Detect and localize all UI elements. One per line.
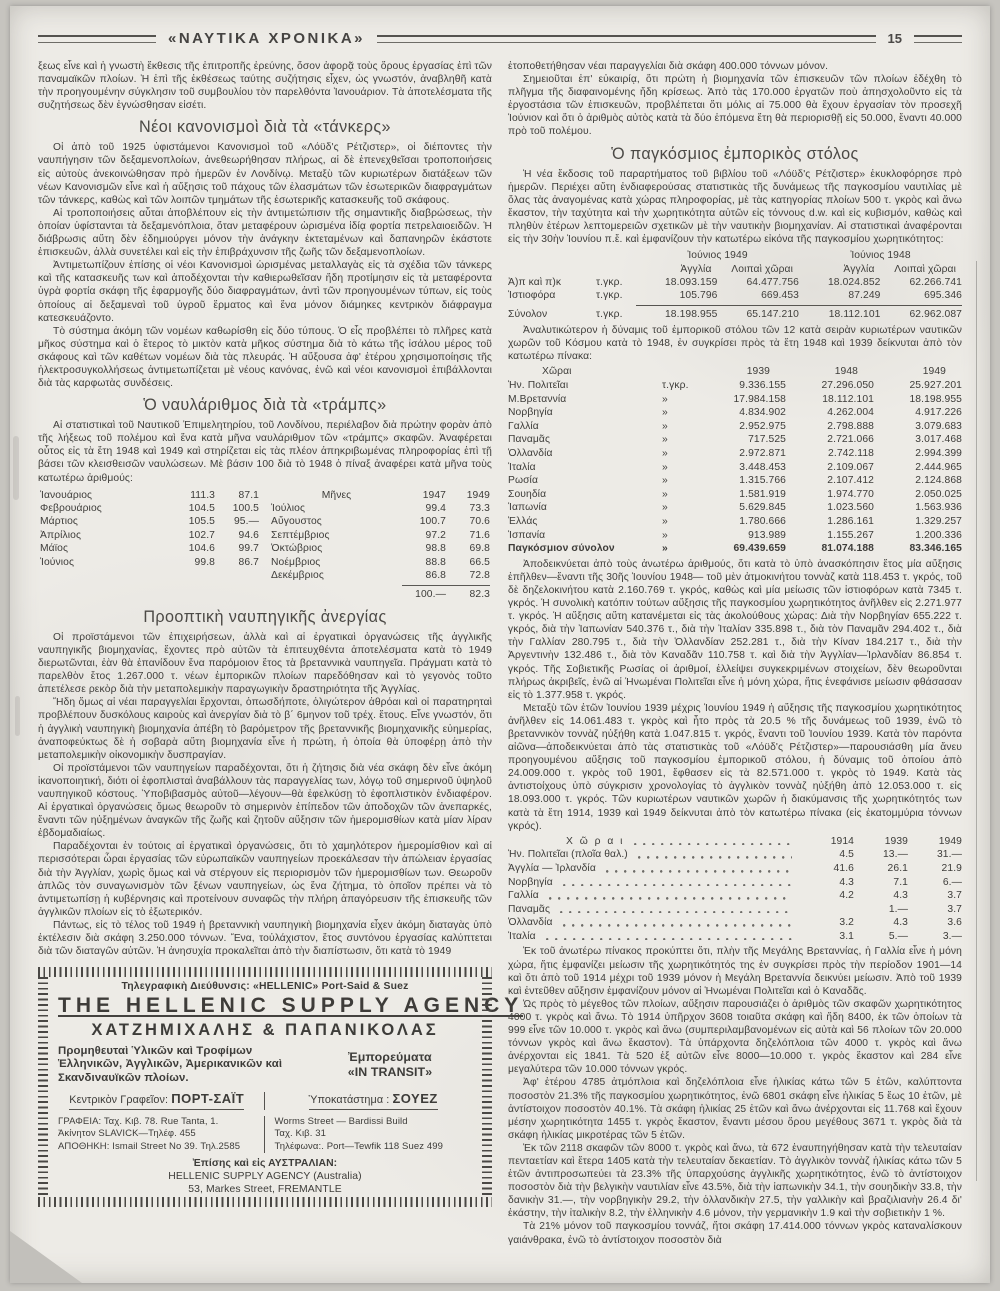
section-heading-tramps: Ὁ ναυλάριθμος διὰ τὰ «τράμπς»	[38, 396, 492, 415]
freight-table-row: Αὔγουστος100.770.6	[271, 515, 490, 528]
paragraph: ξεως εἶνε καὶ ἡ γνωστὴ ἔκθεσις τῆς ἐπιτρ…	[38, 60, 492, 112]
paragraph: Ἡ νέα ἔκδοσις τοῦ παραρτήματος τοῦ βιβλί…	[508, 168, 962, 247]
ad-description: Προμηθευταὶ Ὑλικῶν καὶ Τροφίμων Ἑλληνικῶ…	[58, 1045, 296, 1086]
paragraph: Ἀναλυτικώτερον ἡ δύναμις τοῦ ἐμπορικοῦ σ…	[508, 324, 962, 363]
freight-table-row: Ἀπρίλιος102.794.6	[40, 529, 259, 542]
ad-australia-branch: Ἐπίσης καὶ εἰς ΑΥΣΤΡΑΛΙΑΝ: HELLENIC SUPP…	[58, 1157, 472, 1196]
million-table-row: Γαλλία4.24.33.7	[508, 889, 962, 903]
paragraph: Μεταξὺ τῶν ἐτῶν Ἰουνίου 1939 μέχρις Ἰουν…	[508, 702, 962, 833]
freight-table-left-half: Ἰανουάριος111.387.1Φεβρουάριος104.5100.5…	[40, 489, 259, 602]
country-table-row: Παναμᾶς»717.5252.721.0663.017.468	[508, 433, 962, 447]
masthead-rule-center	[377, 35, 876, 43]
paragraph: Σημειοῦται ἐπ' εὐκαιρίᾳ, ὅτι πρώτη ἡ βιο…	[508, 73, 962, 138]
freight-table-row: Ἰούλιος99.473.3	[271, 502, 490, 515]
tonnage-group-header: Ἰούνιος 1949 Ἰούνιος 1948	[508, 249, 962, 262]
country-table-row: Γαλλία»2.952.9752.798.8883.079.683	[508, 420, 962, 434]
freight-table-row: Μάϊος104.699.7	[40, 542, 259, 555]
scan-artifact-line	[976, 261, 977, 1181]
paragraph: Αἱ στατιστικαὶ τοῦ Ναυτικοῦ Ἐπιμελητηρίο…	[38, 419, 492, 484]
country-table-row: Νορβηγία»4.834.9024.262.0044.917.226	[508, 406, 962, 420]
right-column: ἐτοποθετήθησαν νέαι παραγγελίαι διὰ σκάφ…	[508, 60, 962, 1247]
country-table-row: Ἡν. Πολιτεῖαιτ.γκρ.9.336.15527.296.05025…	[508, 379, 962, 393]
country-table-row: Μ.Βρεταννία»17.984.15818.112.10118.198.9…	[508, 393, 962, 407]
masthead: «ΝΑΥΤΙΚΑ ΧΡΟΝΙΚΑ» 15	[38, 30, 962, 47]
tonnage-rows: Ἀ)π καὶ π)κτ.γκρ.18.093.15964.477.75618.…	[508, 276, 962, 303]
world-tonnage-table: Ἰούνιος 1949 Ἰούνιος 1948 Ἀγγλία Λοιπαὶ …	[508, 249, 962, 321]
ad-border-right	[482, 977, 492, 1197]
million-table-row: Ἀγγλία — Ἰρλανδία41.626.121.9	[508, 862, 962, 876]
masthead-rule-right	[914, 35, 962, 43]
paragraph: Οἱ ἀπὸ τοῦ 1925 ὑφιστάμενοι Κανονισμοὶ τ…	[38, 141, 492, 206]
left-column: ξεως εἶνε καὶ ἡ γνωστὴ ἔκθεσις τῆς ἐπιτρ…	[38, 60, 492, 1247]
paragraph: Παραδέχονται ἐν τούτοις αἱ ἐργατικαὶ ὀργ…	[38, 840, 492, 919]
country-table-total-row: Παγκόσμιον σύνολον » 69.439.659 81.074.1…	[508, 542, 962, 556]
freight-table-right-rows: Ἰούλιος99.473.3Αὔγουστος100.770.6Σεπτέμβ…	[271, 502, 490, 582]
million-table-row: Παναμᾶς1.—3.7	[508, 903, 962, 917]
group-june-1949: Ἰούνιος 1949	[636, 249, 799, 262]
tonnage-total-row: Σύνολον τ.γκρ. 18.198.955 65.147.210 18.…	[508, 308, 962, 321]
scanned-magazine-page: { "page": { "masthead": "«ΝΑΥΤΙΚΑ ΧΡΟΝΙΚ…	[0, 0, 1000, 1291]
tonnage-table-row: Ἱστιοφόρατ.γκρ.105.796669.45387.249695.3…	[508, 289, 962, 302]
page-number: 15	[888, 31, 902, 46]
tonnage-sub-header: Ἀγγλία Λοιπαὶ χῶραι Ἀγγλία Λοιπαὶ χῶραι	[508, 263, 962, 276]
freight-table-row: Μάρτιος105.595.—	[40, 515, 259, 528]
ad-suez-details: Worms Street — Bardissi Build Ταχ. Κιβ. …	[265, 1116, 473, 1153]
ad-owners-names: ΧΑΤΖΗΜΙΧΑΛΗΣ & ΠΑΠΑΝΙΚΟΛΑΣ	[58, 1024, 472, 1037]
freight-table-row: Νοέμβριος88.866.5	[271, 556, 490, 569]
million-rows: Ἡν. Πολιτεῖαι (πλοῖα θαλ.)4.513.—31.—Ἀγγ…	[508, 848, 962, 943]
freight-table-row: Σεπτέμβριος97.271.6	[271, 529, 490, 542]
ad-branch-office: Ὑποκατάστημα : ΣΟΥΕΖ	[265, 1092, 473, 1110]
million-table-row: Νορβηγία4.37.16.—	[508, 876, 962, 890]
paragraph: Ἐκ τοῦ ἀνωτέρω πίνακος προκύπτει ὅτι, πλ…	[508, 945, 962, 997]
paragraph: Οἱ προϊστάμενοι τῶν ἐπιχειρήσεων, ἀλλὰ κ…	[38, 631, 492, 696]
freight-table-row: Φεβρουάριος104.5100.5	[40, 502, 259, 515]
country-table-row: Ἱσπανία»913.9891.155.2671.200.336	[508, 529, 962, 543]
paragraph: Ἐκ τῶν 2118 σκαφῶν τῶν 8000 τ. γκρὸς καὶ…	[508, 1142, 962, 1221]
freight-table-row: Δεκέμβριος86.872.8	[271, 569, 490, 582]
country-table-row: Ρωσία»1.315.7662.107.4122.124.868	[508, 474, 962, 488]
paragraph: ἐτοποθετήθησαν νέαι παραγγελίαι διὰ σκάφ…	[508, 60, 962, 73]
country-table-row: Σουηδία»1.581.9191.974.7702.050.025	[508, 488, 962, 502]
country-table-row: Ἑλλάς»1.780.6661.286.1611.329.257	[508, 515, 962, 529]
million-table-row: Ἰταλία3.15.—3.—	[508, 930, 962, 944]
million-table-row: Ὁλλανδία3.24.33.6	[508, 916, 962, 930]
paragraph: Αἱ τροποποιήσεις αὗται ἀποβλέπουν εἰς τὴ…	[38, 207, 492, 259]
group-june-1948: Ἰούνιος 1948	[799, 249, 962, 262]
section-heading-unemployment: Προοπτικὴ ναυπηγικῆς ἀνεργίας	[38, 608, 492, 627]
paragraph: Ἀντιμετωπίζουν ἐπίσης οἱ νέοι Κανονισμοὶ…	[38, 259, 492, 324]
paragraph: Ἤδη ὅμως αἱ νέαι παραγγελίαι ἔρχονται, ὁ…	[38, 696, 492, 761]
paragraph: Ὡς πρὸς τὸ μέγεθος τῶν πλοίων, αὔξησιν π…	[508, 998, 962, 1077]
column-header-1947: 1947	[402, 489, 446, 502]
two-column-layout: ξεως εἶνε καὶ ἡ γνωστὴ ἔκθεσις τῆς ἐπιτρ…	[38, 60, 962, 1247]
paragraph: Οἱ προϊστάμενοι τῶν ναυπηγείων παραδέχον…	[38, 762, 492, 841]
total-1947: 100.—	[402, 585, 446, 601]
ad-border-left	[38, 977, 48, 1197]
freight-table-total-row: 100.— 82.3	[271, 585, 490, 601]
country-table-row: Ἰταλία»3.448.4532.109.0672.444.965	[508, 461, 962, 475]
masthead-rule-left	[38, 35, 156, 43]
column-header-1949: 1949	[446, 489, 490, 502]
freight-table-row: Ἰανουάριος111.387.1	[40, 489, 259, 502]
million-tons-table: Χ ῶ ρ α ι 1914 1939 1949 Ἡν. Πολιτεῖαι (…	[508, 835, 962, 944]
hellenic-supply-agency-ad: Τηλεγραφικὴ Διεύθυνσις: «HELLENIC» Port-…	[38, 967, 492, 1207]
paragraph: Τὸ σύστημα ἀκόμη τῶν νομέων καθωρίσθη εἰ…	[38, 325, 492, 390]
total-1949: 82.3	[446, 585, 490, 601]
country-table-row: Ὁλλανδία»2.972.8712.742.1182.994.399	[508, 447, 962, 461]
section-heading-tankers: Νέοι κανονισμοὶ διὰ τὰ «τάνκερς»	[38, 118, 492, 137]
ad-company-name: THE HELLENIC SUPPLY AGENCY	[58, 999, 523, 1017]
scanned-page: «ΝΑΥΤΙΚΑ ΧΡΟΝΙΚΑ» 15 ξεως εἶνε καὶ ἡ γνω…	[10, 6, 990, 1283]
scan-smudge	[15, 696, 20, 736]
freight-index-table: Ἰανουάριος111.387.1Φεβρουάριος104.5100.5…	[40, 489, 490, 602]
magazine-title: «ΝΑΥΤΙΚΑ ΧΡΟΝΙΚΑ»	[168, 30, 365, 47]
country-fleet-table: Χῶραι 1939 1948 1949 Ἡν. Πολιτεῖαιτ.γκρ.…	[508, 365, 962, 555]
freight-table-row: Ὀκτώβριος98.869.8	[271, 542, 490, 555]
million-table-header: Χ ῶ ρ α ι 1914 1939 1949	[508, 835, 962, 849]
scan-corner-shadow	[10, 1231, 82, 1283]
paragraph: Ἀποδεικνύεται ἀπὸ τοὺς ἀνωτέρω ἀριθμούς,…	[508, 558, 962, 702]
paragraph: Πάντως, εἰς τὸ τέλος τοῦ 1949 ἡ βρεταννι…	[38, 919, 492, 958]
country-table-row: Ἰαπωνία»5.629.8451.023.5601.563.936	[508, 501, 962, 515]
million-table-row: Ἡν. Πολιτεῖαι (πλοῖα θαλ.)4.513.—31.—	[508, 848, 962, 862]
country-table-header: Χῶραι 1939 1948 1949	[508, 365, 962, 379]
ad-border-top	[38, 967, 492, 977]
column-header-months: Μῆνες	[271, 489, 402, 502]
section-heading-world-fleet: Ὁ παγκόσμιος ἐμπορικὸς στόλος	[508, 145, 962, 164]
paragraph: Τὰ 21% μόνον τοῦ παγκοσμίου τοννάζ, ἤτοι…	[508, 1220, 962, 1246]
ad-portsaid-details: ΓΡΑΦΕΙΑ: Ταχ. Κιβ. 78. Rue Tanta, 1. Ἀκί…	[58, 1116, 265, 1153]
paragraph: Ἀφ' ἑτέρου 4785 ἀτμόπλοια καὶ δηζελόπλοι…	[508, 1076, 962, 1141]
freight-table-right-half: Μῆνες 1947 1949 Ἰούλιος99.473.3Αὔγουστος…	[271, 489, 490, 602]
ad-telegraph-address: Τηλεγραφικὴ Διεύθυνσις: «HELLENIC» Port-…	[58, 980, 472, 993]
freight-table-row: Ἰούνιος99.886.7	[40, 556, 259, 569]
ad-transit-note: Ἐμπορεύματα «IN TRANSIT»	[308, 1050, 472, 1080]
tonnage-table-row: Ἀ)π καὶ π)κτ.γκρ.18.093.15964.477.75618.…	[508, 276, 962, 289]
country-rows: Ἡν. Πολιτεῖαιτ.γκρ.9.336.15527.296.05025…	[508, 379, 962, 542]
scan-smudge	[13, 436, 19, 500]
table-rule	[636, 305, 962, 306]
ad-main-office: Κεντρικὸν Γραφεῖον: ΠΟΡΤ-ΣΑΪΤ	[58, 1092, 265, 1110]
ad-border-bottom	[38, 1197, 492, 1207]
freight-table-header: Μῆνες 1947 1949	[271, 489, 490, 502]
